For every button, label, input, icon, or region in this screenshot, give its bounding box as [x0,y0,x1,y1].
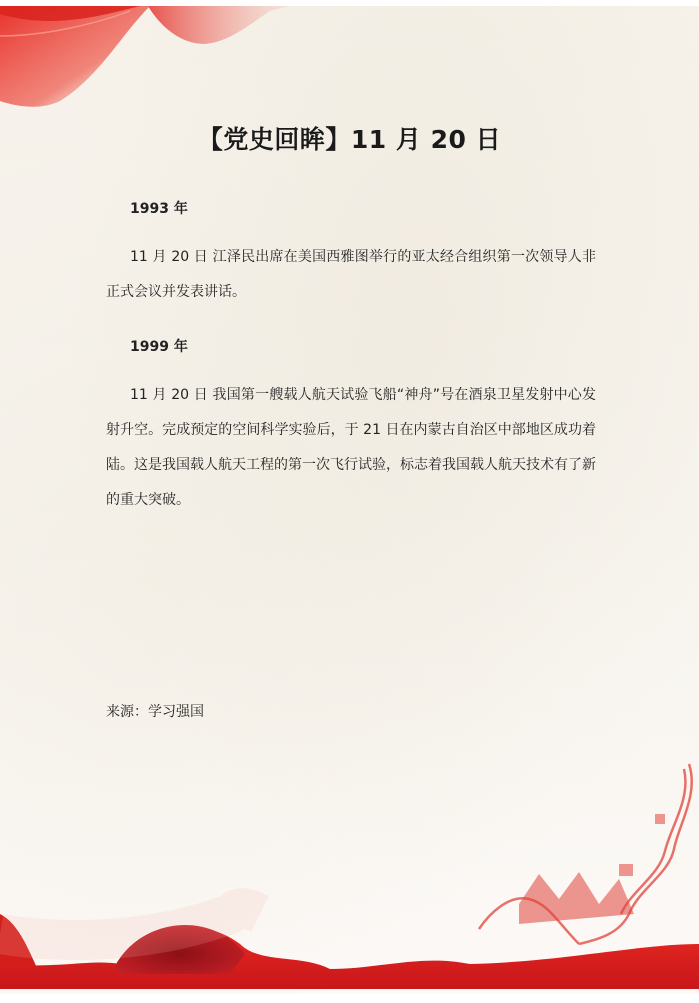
page-title: 【党史回眸】11 月 20 日 [0,120,699,156]
document-page: 【党史回眸】11 月 20 日 1993 年 11 月 20 日 江泽民出席在美… [0,6,699,994]
year-heading-1993: 1993 年 [130,198,188,218]
source-label: 来源：学习强国 [106,701,204,721]
year-heading-1999: 1999 年 [130,336,188,356]
entry-paragraph-1999: 11 月 20 日 我国第一艘载人航天试验飞船“神舟”号在酒泉卫星发射中心发射升… [106,378,596,518]
entry-paragraph-1993: 11 月 20 日 江泽民出席在美国西雅图举行的亚太经合组织第一次领导人非正式会… [106,240,596,310]
red-ribbon-bottom-icon [0,874,699,994]
red-ribbon-top-icon [0,6,360,116]
